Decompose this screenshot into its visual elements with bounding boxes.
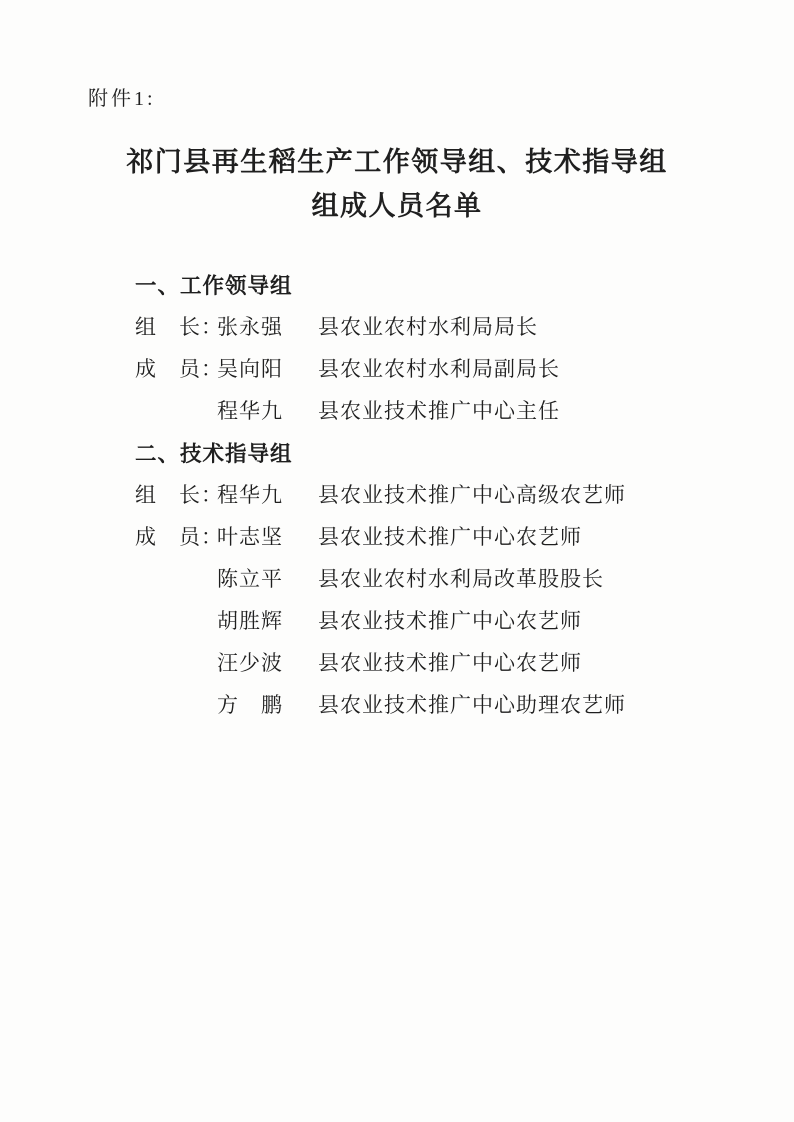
member-title: 县农业技术推广中心高级农艺师 (318, 479, 764, 509)
member-row: 胡胜辉 县农业技术推广中心农艺师 (135, 599, 764, 641)
member-title: 县农业技术推广中心农艺师 (318, 521, 764, 551)
member-title: 县农业农村水利局改革股股长 (318, 563, 764, 593)
member-name: 程华九 (217, 395, 318, 425)
member-name: 程华九 (217, 479, 318, 509)
member-name: 胡胜辉 (217, 605, 318, 635)
document-page: 附件1: 祁门县再生稻生产工作领导组、技术指导组 组成人员名单 一、工作领导组 … (0, 0, 794, 1122)
member-row: 组 长： 程华九 县农业技术推广中心高级农艺师 (135, 473, 764, 515)
member-row: 汪少波 县农业技术推广中心农艺师 (135, 641, 764, 683)
member-row: 陈立平 县农业农村水利局改革股股长 (135, 557, 764, 599)
member-title: 县农业技术推广中心农艺师 (318, 647, 764, 677)
member-title: 县农业农村水利局副局长 (318, 353, 764, 383)
attachment-label: 附件1: (88, 82, 156, 111)
role-label: 组 长： (135, 479, 217, 509)
member-name: 叶志坚 (217, 521, 318, 551)
member-row: 方 鹏 县农业技术推广中心助理农艺师 (135, 683, 764, 725)
document-title: 祁门县再生稻生产工作领导组、技术指导组 组成人员名单 (0, 140, 794, 228)
member-row: 程华九 县农业技术推广中心主任 (135, 389, 764, 431)
personnel-roster: 一、工作领导组 组 长： 张永强 县农业农村水利局局长 成 员： 吴向阳 县农业… (135, 263, 764, 725)
member-row: 成 员： 吴向阳 县农业农村水利局副局长 (135, 347, 764, 389)
member-name: 方 鹏 (217, 689, 318, 719)
member-title: 县农业技术推广中心助理农艺师 (318, 689, 764, 719)
member-name: 汪少波 (217, 647, 318, 677)
role-label: 成 员： (135, 521, 217, 551)
role-label: 成 员： (135, 353, 217, 383)
member-title: 县农业农村水利局局长 (318, 311, 764, 341)
section-heading-technical-guidance-group: 二、技术指导组 (135, 431, 764, 473)
member-name: 陈立平 (217, 563, 318, 593)
member-title: 县农业技术推广中心主任 (318, 395, 764, 425)
document-title-line-1: 祁门县再生稻生产工作领导组、技术指导组 (0, 140, 794, 184)
role-label: 组 长： (135, 311, 217, 341)
member-title: 县农业技术推广中心农艺师 (318, 605, 764, 635)
document-title-line-2: 组成人员名单 (0, 184, 794, 228)
member-name: 吴向阳 (217, 353, 318, 383)
section-heading-work-leading-group: 一、工作领导组 (135, 263, 764, 305)
member-row: 成 员： 叶志坚 县农业技术推广中心农艺师 (135, 515, 764, 557)
member-row: 组 长： 张永强 县农业农村水利局局长 (135, 305, 764, 347)
member-name: 张永强 (217, 311, 318, 341)
